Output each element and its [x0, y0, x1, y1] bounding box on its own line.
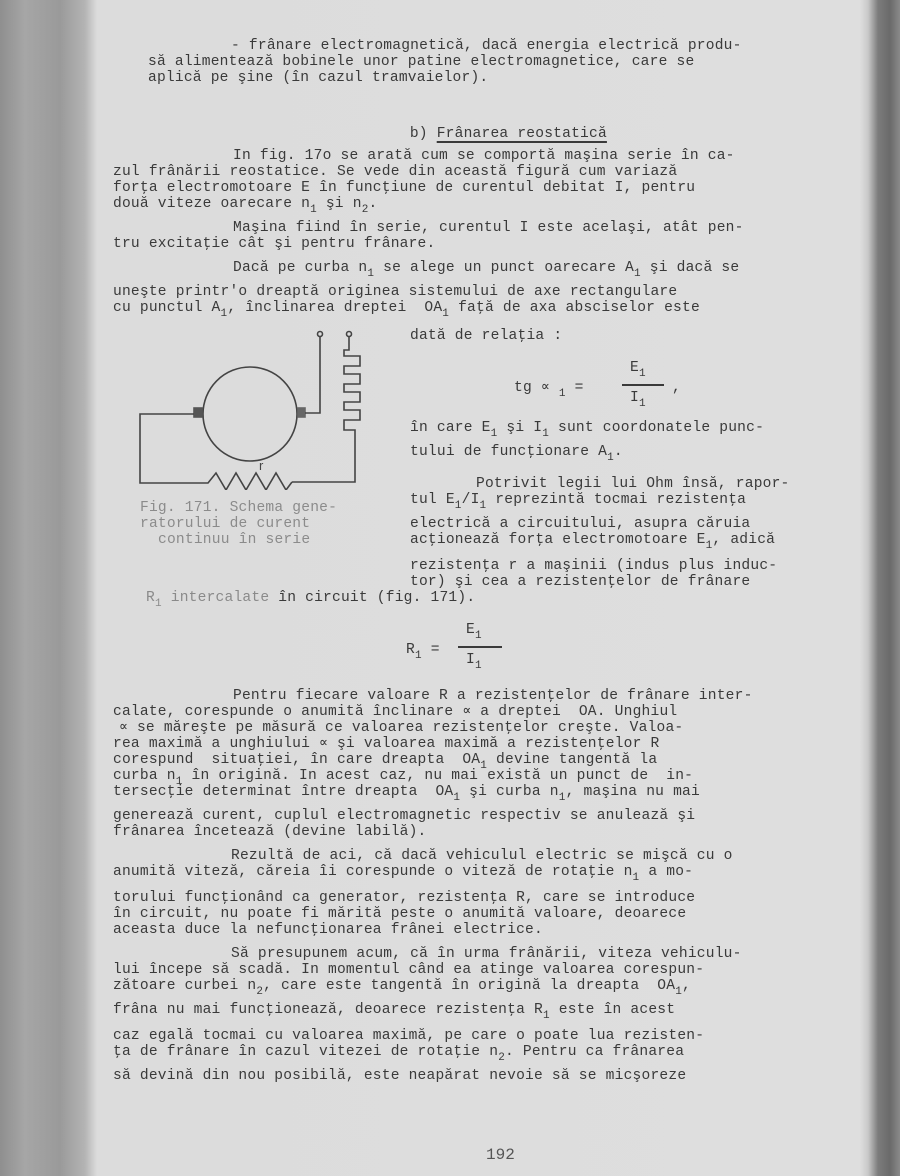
text-line: Rezultă de aci, că dacă vehiculul electr…	[231, 848, 733, 864]
text-line: frâna nu mai funcţionează, deoarece rezi…	[113, 1002, 675, 1018]
text-line: ∝ se măreşte pe măsură ce valoarea rezis…	[119, 720, 683, 736]
text-line: Maşina fiind în serie, curentul I este a…	[233, 220, 744, 236]
text-line: tersecţie determinat între dreapta OA1 ş…	[113, 784, 700, 800]
text-line: dată de relaţia :	[410, 328, 562, 344]
text-line: Pentru fiecare valoare R a rezistenţelor…	[233, 688, 753, 704]
text-line: uneşte printr'o dreaptă originea sistemu…	[113, 284, 677, 300]
text-line: Să presupunem acum, că în urma frânării,…	[231, 946, 742, 962]
equation-tangent: tg ∝ 1 = E1 I1 ,	[514, 360, 674, 410]
text-line: tul E1/I1 reprezintă tocmai rezistenţa	[410, 492, 746, 508]
text-line: calate, corespunde o anumită înclinare ∝…	[113, 704, 677, 720]
text-line: Potrivit legii lui Ohm însă, rapor-	[476, 476, 790, 492]
text-line: corespund situaţiei, în care dreapta OA1…	[113, 752, 657, 768]
text-line: - frânare electromagnetică, dacă energia…	[231, 38, 742, 54]
text-line: tor) şi cea a rezistenţelor de frânare	[410, 574, 750, 590]
text-line: zul frânării reostatice. Se vede din ace…	[113, 164, 677, 180]
text-line: lui începe să scadă. In momentul când ea…	[113, 962, 704, 978]
text-line: R1 intercalate în circuit (fig. 171).	[146, 590, 475, 606]
text-line: In fig. 17o se arată cum se comportă maş…	[233, 148, 735, 164]
text-line: tului de funcţionare A1.	[410, 444, 623, 460]
text-line: Dacă pe curba n1 se alege un punct oarec…	[233, 260, 739, 276]
text-line: aplică pe şine (în cazul tramvaielor).	[148, 70, 488, 86]
text-line: în care E1 şi I1 sunt coordonatele punc-	[410, 420, 764, 436]
text-line: ţa de frânare în cazul vitezei de rotaţi…	[113, 1044, 684, 1060]
text-line: electrică a circuitului, asupra căruia	[410, 516, 750, 532]
text-line: frânarea încetează (devine labilă).	[113, 824, 427, 840]
internal-resistance-label: r	[259, 458, 264, 473]
text-line: să alimentează bobinele unor patine elec…	[148, 54, 694, 70]
text-line: torului funcţionând ca generator, rezist…	[113, 890, 695, 906]
equation-resistance: R1 = E1 I1	[406, 620, 526, 670]
figure-caption: ratorului de curent	[140, 516, 310, 532]
section-prefix: b)	[410, 126, 437, 142]
text-line: zătoare curbei n2, care este tangentă în…	[113, 978, 691, 994]
text-line: două viteze oarecare n1 şi n2.	[113, 196, 377, 212]
text-line: anumită viteză, căreia îi corespunde o v…	[113, 864, 693, 880]
document-page: - frânare electromagnetică, dacă energia…	[96, 0, 864, 1176]
circuit-diagram: R r	[136, 330, 366, 490]
text-line: cu punctul A1, înclinarea dreptei OA1 fa…	[113, 300, 700, 316]
figure-caption: continuu în serie	[158, 532, 310, 548]
generator-armature-icon	[203, 367, 297, 461]
text-line: rea maximă a unghiului ∝ şi valoarea max…	[113, 736, 659, 752]
text-line: caz egală tocmai cu valoarea maximă, pe …	[113, 1028, 704, 1044]
text-line: în circuit, nu poate fi mărită peste o a…	[113, 906, 686, 922]
text-line: curba n1 în origină. In acest caz, nu ma…	[113, 768, 693, 784]
text-line: aceasta duce la nefuncţionarea frânei el…	[113, 922, 543, 938]
text-line: să devină din nou posibilă, este neapăra…	[113, 1068, 686, 1084]
text-line: forţa electromotoare E în funcţiune de c…	[113, 180, 695, 196]
page-number: 192	[486, 1146, 515, 1164]
section-title: Frânarea reostatică	[437, 126, 607, 142]
text-line: generează curent, cuplul electromagnetic…	[113, 808, 695, 824]
figure-caption: Fig. 171. Schema gene-	[140, 500, 337, 516]
text-line: tru excitaţie cât şi pentru frânare.	[113, 236, 435, 252]
text-line: rezistenţa r a maşinii (indus plus induc…	[410, 558, 777, 574]
text-line: acţionează forţa electromotoare E1, adic…	[410, 532, 775, 548]
